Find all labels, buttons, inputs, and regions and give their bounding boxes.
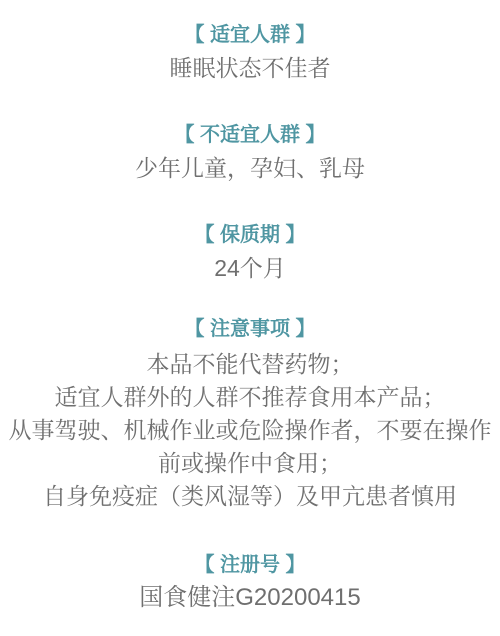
section-precautions: 【 注意事项 】 本品不能代替药物； 适宜人群外的人群不推荐食用本产品； 从事驾…: [0, 318, 500, 513]
precautions-list: 本品不能代替药物； 适宜人群外的人群不推荐食用本产品； 从事驾驶、机械作业或危险…: [0, 348, 500, 513]
section-shelf-life: 【 保质期 】 24个月: [0, 224, 500, 282]
unsuitable-group-text: 少年儿童，孕妇、乳母: [0, 154, 500, 182]
section-unsuitable-group: 【 不适宜人群 】 少年儿童，孕妇、乳母: [0, 124, 500, 182]
section-heading-suitable-group: 【 适宜人群 】: [0, 24, 500, 46]
suitable-group-text: 睡眠状态不佳者: [0, 54, 500, 82]
product-info-page: 【 适宜人群 】 睡眠状态不佳者 【 不适宜人群 】 少年儿童，孕妇、乳母 【 …: [0, 0, 500, 636]
section-heading-precautions: 【 注意事项 】: [0, 318, 500, 340]
section-suitable-group: 【 适宜人群 】 睡眠状态不佳者: [0, 24, 500, 82]
precaution-line: 从事驾驶、机械作业或危险操作者，不要在操作: [0, 414, 500, 447]
section-registration-number: 【 注册号 】 国食健注G20200415: [0, 554, 500, 612]
section-heading-shelf-life: 【 保质期 】: [0, 224, 500, 246]
section-heading-unsuitable-group: 【 不适宜人群 】: [0, 124, 500, 146]
precaution-line: 前或操作中食用；: [0, 447, 500, 480]
precaution-line: 适宜人群外的人群不推荐食用本产品；: [0, 381, 500, 414]
section-heading-registration-number: 【 注册号 】: [0, 554, 500, 576]
shelf-life-text: 24个月: [0, 254, 500, 282]
precaution-line: 自身免疫症（类风湿等）及甲亢患者慎用: [0, 480, 500, 513]
precaution-line: 本品不能代替药物；: [0, 348, 500, 381]
registration-number-text: 国食健注G20200415: [0, 584, 500, 612]
